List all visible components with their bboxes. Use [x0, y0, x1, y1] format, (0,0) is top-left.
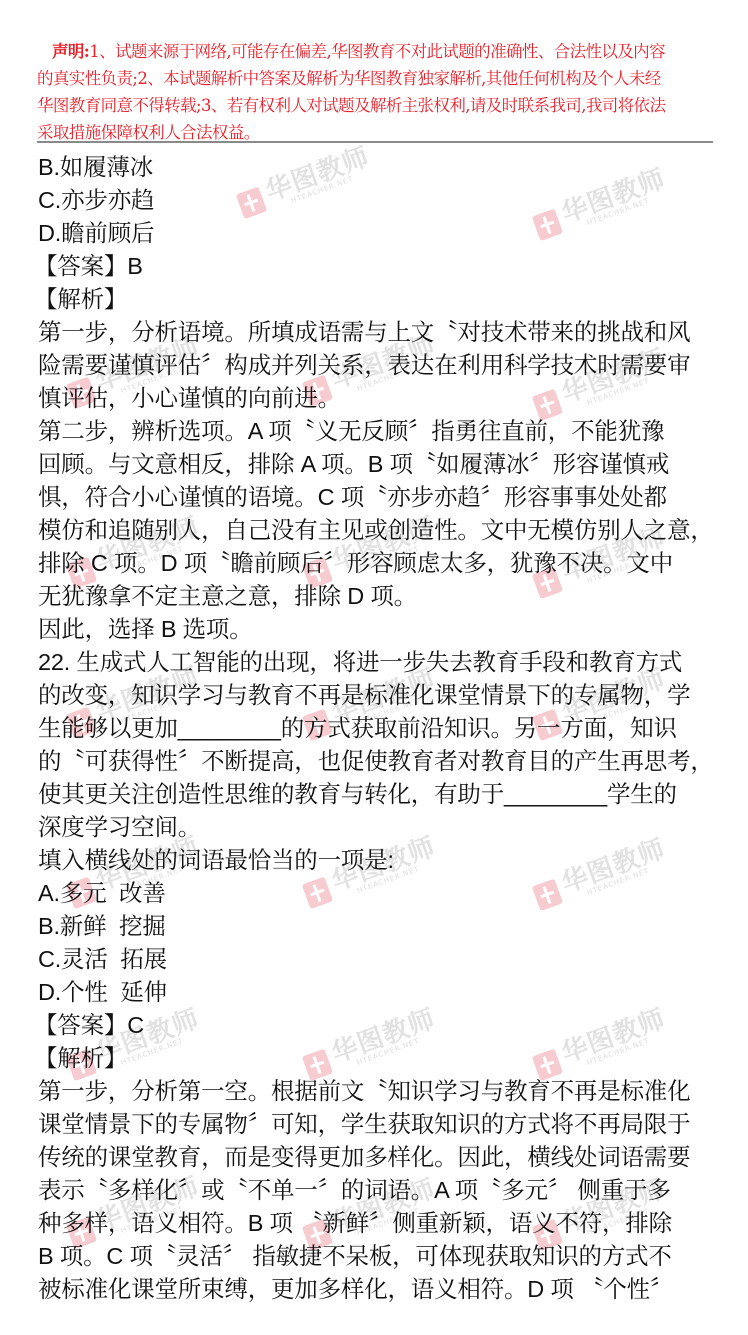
q22-analysis-line: 传统的课堂教育，而是变得更加多样化。因此，横线处词语需要 [38, 1141, 738, 1174]
q22-analysis-line: 种多样，语义相符。B 项 〝新鲜〞侧重新颖，语义不符，排除 [38, 1207, 738, 1240]
q22-analysis-line: 课堂情景下的专属物〞可知，学生获取知识的方式将不再局限于 [38, 1108, 738, 1141]
q21-analysis-line: 模仿和追随别人，自己没有主见或创造性。文中无模仿别人之意， [38, 514, 738, 547]
q22-stem-line: 的改变，知识学习与教育不再是标准化课堂情景下的专属物，学 [38, 679, 738, 712]
q21-analysis-line: 无犹豫拿不定主意之意，排除 D 项。 [38, 580, 738, 613]
q21-conclusion: 因此，选择 B 选项。 [38, 613, 738, 646]
header-divider [37, 141, 713, 143]
q22-stem-line: 的〝可获得性〞不断提高，也促使教育者对教育目的产生再思考， [38, 745, 738, 778]
q21-option-b: B.如履薄冰 [38, 151, 738, 184]
q22-prompt: 填入横线处的词语最恰当的一项是: [38, 844, 738, 877]
q21-analysis-line: 惧，符合小心谨慎的语境。C 项〝亦步亦趋〞形容事事处处都 [38, 481, 738, 514]
q21-analysis-label: 【解析】 [34, 283, 738, 316]
q22-analysis-label: 【解析】 [34, 1042, 738, 1075]
q21-option-d: D.瞻前顾后 [38, 217, 738, 250]
q22-stem-line: 生能够以更加________的方式获取前沿知识。另一方面，知识 [38, 712, 738, 745]
document-body: B.如履薄冰 C.亦步亦趋 D.瞻前顾后 【答案】B 【解析】 第一步，分析语境… [38, 151, 738, 1306]
q22-option-d: D.个性 延伸 [38, 976, 738, 1009]
q22-analysis-line: 被标准化课堂所束缚，更加多样化，语义相符。D 项 〝个性〞 [38, 1273, 738, 1306]
disclaimer-line: 声明:1、试题来源于网络,可能存在偏差,华图教育不对此试题的准确性、合法性以及内… [37, 38, 713, 65]
q22-stem-line: 使其更关注创造性思维的教育与转化，有助于________学生的 [38, 778, 738, 811]
disclaimer: 声明:1、试题来源于网络,可能存在偏差,华图教育不对此试题的准确性、合法性以及内… [37, 38, 713, 146]
q22-stem-line: 22. 生成式人工智能的出现，将进一步失去教育手段和教育方式 [38, 646, 738, 679]
document-page: 华图教师HTEACHER.NET 华图教师HTEACHER.NET 华图教师HT… [0, 0, 748, 1335]
disclaimer-line: 华图教育同意不得转载;3、若有权利人对试题及解析主张权利,请及时联系我司,我司将… [37, 92, 713, 119]
disclaimer-lead: 声明: [37, 42, 89, 61]
q21-analysis-line: 排除 C 项。D 项〝瞻前顾后〞形容顾虑太多，犹豫不决。文中 [38, 547, 738, 580]
q22-answer: 【答案】C [34, 1009, 738, 1042]
q22-stem-line: 深度学习空间。 [38, 811, 738, 844]
q21-answer: 【答案】B [34, 250, 738, 283]
q21-analysis-line: 险需要谨慎评估〞构成并列关系，表达在利用科学技术时需要审 [38, 349, 738, 382]
q21-analysis-line: 第二步，辨析选项。A 项〝义无反顾〞指勇往直前，不能犹豫 [38, 415, 738, 448]
q21-analysis-line: 回顾。与文意相反，排除 A 项。B 项〝如履薄冰〞形容谨慎戒 [38, 448, 738, 481]
q21-analysis-line: 慎评估，小心谨慎的向前进。 [38, 382, 738, 415]
q22-analysis-line: B 项。C 项〝灵活〞 指敏捷不呆板，可体现获取知识的方式不 [38, 1240, 738, 1273]
q22-option-c: C.灵活 拓展 [38, 943, 738, 976]
disclaimer-line: 的真实性负责;2、本试题解析中答案及解析为华图教育独家解析,其他任何机构及个人未… [37, 65, 713, 92]
q21-analysis-line: 第一步，分析语境。所填成语需与上文〝对技术带来的挑战和风 [38, 316, 738, 349]
q22-analysis-line: 第一步，分析第一空。根据前文〝知识学习与教育不再是标准化 [38, 1075, 738, 1108]
q22-analysis-line: 表示〝多样化〞或〝不单一〞的词语。A 项〝多元〞 侧重于多 [38, 1174, 738, 1207]
q21-option-c: C.亦步亦趋 [38, 184, 738, 217]
q22-option-a: A.多元 改善 [38, 877, 738, 910]
q22-option-b: B.新鲜 挖掘 [38, 910, 738, 943]
